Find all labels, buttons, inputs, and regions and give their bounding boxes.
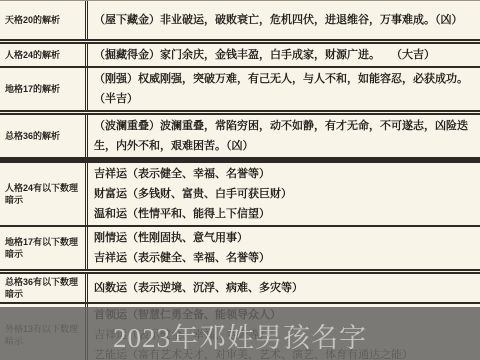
row-label: 地格17有以下数理暗示 bbox=[0, 227, 88, 269]
row-content: 刚情运（性刚固执、意气用事） 吉祥运（表示健全、幸福、名誉等） bbox=[88, 227, 480, 269]
row-content-text: （刚强）权威刚强，突破万难，有己无人，与人不和，如能容忍，必获成功。（半吉） bbox=[94, 69, 476, 109]
page-title: 2023年邓姓男孩名字 bbox=[113, 316, 367, 355]
table-row-renge-hint: 人格24有以下数理暗示 吉祥运（表示健全、幸福、名誉等） 财富运（多钱财、富贵、… bbox=[0, 163, 480, 227]
row-content: （刚强）权威刚强，突破万难，有己无人，与人不和，如能容忍，必获成功。（半吉） bbox=[88, 68, 480, 110]
row-content: （屋下藏金）非业破运，破败衰亡，危机四伏，进退维谷，万事难成。（凶） bbox=[88, 1, 480, 39]
table-row-renge-analysis: 人格24的解析 （掘藏得金）家门余庆，金钱丰盈，白手成家，财源广进。 （大吉） bbox=[0, 44, 480, 68]
row-content: （掘藏得金）家门余庆，金钱丰盈，白手成家，财源广进。 （大吉） bbox=[88, 44, 480, 66]
row-content-text: （掘藏得金）家门余庆，金钱丰盈，白手成家，财源广进。 （大吉） bbox=[94, 45, 435, 65]
row-label: 总格36的解析 bbox=[0, 115, 88, 157]
table-row-zongge-analysis: 总格36的解析 （波澜重叠）波澜重叠，常陷穷困，动不如静，有才无命，不可遂志，凶… bbox=[0, 115, 480, 163]
row-content-text: 刚情运（性刚固执、意气用事） 吉祥运（表示健全、幸福、名誉等） bbox=[94, 228, 270, 268]
table-row-dige-analysis: 地格17的解析 （刚强）权威刚强，突破万难，有己无人，与人不和，如能容忍，必获成… bbox=[0, 68, 480, 115]
row-content-text: 凶数运（表示逆境、沉浮、病难、多灾等） bbox=[94, 278, 303, 298]
table-row-tiange-analysis: 天格20的解析 （屋下藏金）非业破运，破败衰亡，危机四伏，进退维谷，万事难成。（… bbox=[0, 1, 480, 44]
watermark-overlay: 2023年邓姓男孩名字 bbox=[0, 307, 480, 360]
row-content-text: 吉祥运（表示健全、幸福、名誉等） 财富运（多钱财、富贵、白手可获巨财） 温和运（… bbox=[94, 164, 292, 224]
row-content: 吉祥运（表示健全、幸福、名誉等） 财富运（多钱财、富贵、白手可获巨财） 温和运（… bbox=[88, 163, 480, 225]
row-label: 天格20的解析 bbox=[0, 1, 88, 39]
row-label: 人格24的解析 bbox=[0, 44, 88, 66]
row-content: 凶数运（表示逆境、沉浮、病难、多灾等） bbox=[88, 274, 480, 302]
row-content: （波澜重叠）波澜重叠，常陷穷困，动不如静，有才无命，不可遂志，凶险迭生，内外不和… bbox=[88, 115, 480, 157]
row-label: 地格17的解析 bbox=[0, 68, 88, 110]
table-row-zongge-hint: 总格36有以下数理暗示 凶数运（表示逆境、沉浮、病难、多灾等） bbox=[0, 274, 480, 304]
table-row-dige-hint: 地格17有以下数理暗示 刚情运（性刚固执、意气用事） 吉祥运（表示健全、幸福、名… bbox=[0, 227, 480, 274]
row-label: 人格24有以下数理暗示 bbox=[0, 163, 88, 225]
row-label: 总格36有以下数理暗示 bbox=[0, 274, 88, 302]
name-analysis-table: 天格20的解析 （屋下藏金）非业破运，破败衰亡，危机四伏，进退维谷，万事难成。（… bbox=[0, 0, 480, 360]
row-content-text: （波澜重叠）波澜重叠，常陷穷困，动不如静，有才无命，不可遂志，凶险迭生，内外不和… bbox=[94, 116, 476, 156]
row-content-text: （屋下藏金）非业破运，破败衰亡，危机四伏，进退维谷，万事难成。（凶） bbox=[94, 10, 463, 30]
